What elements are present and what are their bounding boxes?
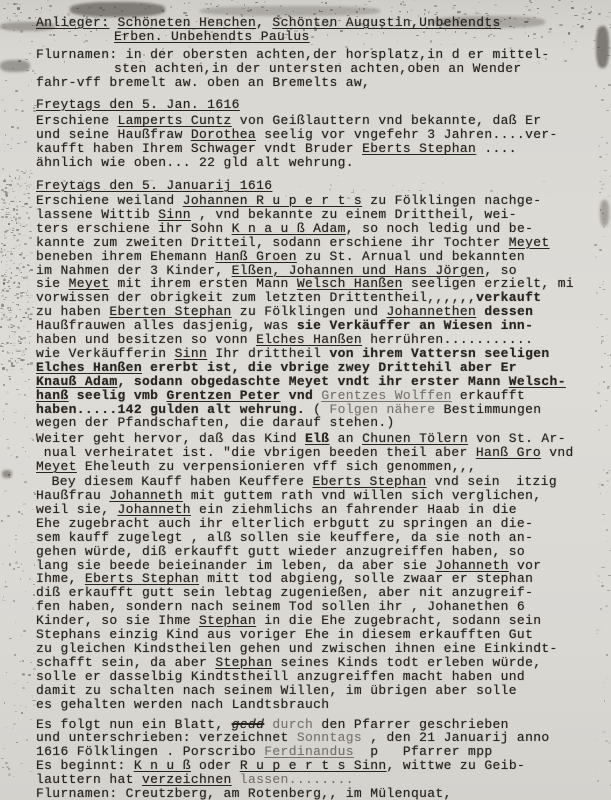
text-segment: solle er dasselbig Kindtstheill anzugrei… [36,669,525,684]
text-segment: seeligen erzielt, mi [403,276,574,291]
underlined-text: verzeichnen [142,772,232,787]
text-segment: schafft sein, da aber [36,655,215,670]
text-line: Ihme, Eberts Stephan mitt tod abgieng, s… [36,572,601,586]
text-segment: seines Kinds todt erleben würde, [272,655,541,670]
text-segment: verkauft [476,290,541,305]
text-segment: ( [313,402,329,417]
text-segment: Es beginnt: [36,758,134,773]
text-segment: vnd [541,445,574,460]
underlined-text: Eberts Stephan [312,474,426,489]
text-segment: Ihme, [36,571,85,586]
text-segment: gehen würde, diß erkaufft gutt wieder an… [36,544,525,559]
text-line: kaufft haben Ihrem Schwager vndt Bruder … [36,142,601,156]
text-segment: , so [484,263,517,278]
text-line: vorwissen der obrigkeit zum letzten Drit… [36,291,601,305]
underlined-text: Elßen, Johannen und Hans Jörgen [232,263,485,278]
underlined-text: Stephan [215,655,272,670]
text-segment: Bey diesem Kauff haben Keuffere [52,474,313,489]
text-segment: vor [509,558,542,573]
text-line: Haußfrau Johanneth mit guttem rath vnd w… [36,489,601,503]
underlined-text: Elches Hanßen [36,360,142,375]
entry-1: Erschiene Lamperts Cuntz von Geißlautter… [36,114,601,170]
text-segment: erkaufft [452,388,525,403]
text-line: Stephans einzig Kind aus voriger Ehe in … [36,628,601,642]
underlined-text: Eberten Stephan [109,304,231,319]
underlined-text: Meyet [36,459,77,474]
text-segment: sem kauff zugelegt , alß sollen sie keuf… [36,530,533,545]
underlined-text: Freytags den 5. Januarij 1616 [36,178,272,193]
entry-2-continued: Weiter geht hervor, daß das Kind Elß an … [36,432,601,474]
text-line: Flurnamen: Creutzberg, am Rotenberg,, im… [36,787,601,800]
text-segment: mit guttem rath vnd willen sich verglich… [183,488,542,503]
underlined-text: Stephan [199,613,256,628]
text-segment: kannte zum zweiten Dritteil, sodann ersc… [36,235,509,250]
text-segment: an [329,431,362,446]
text-segment: fen haben, sondern nach seinem Tod solle… [36,599,525,614]
anlieger-block: Anlieger: Schöneten Henchen, Schönten Au… [36,16,601,44]
text-line: Anlieger: Schöneten Henchen, Schönten Au… [36,16,601,30]
text-line: schafft sein, da aber Stephan seines Kin… [36,656,601,670]
text-segment: sie Verkäuffer an Wiesen inn- [297,318,533,333]
text-segment: oder [191,758,240,773]
text-line: Freytags den 5. Januarij 1616 [36,179,601,193]
text-line: Erben. Unbehendts Paulus [36,30,601,44]
text-segment: zu gleichen Kindstheilen gehen und zwisc… [36,641,558,656]
text-segment: wegen der Pfandschaften, die darauf steh… [36,415,395,430]
underlined-text: Welsch- [509,374,566,389]
underlined-text: R u p e r t s Sinn [240,758,387,773]
text-segment: Es folgt nun ein Blatt, [36,717,232,732]
text-line: weil sie, Johanneth ein ziehmlichs an fa… [36,503,601,517]
underlined-text: Hanß Groen [215,249,297,264]
text-segment: lang sie beede beieinander im leben, da … [36,558,435,573]
text-segment: Ehe zugebracht auch ihr elterlich erbgut… [36,516,533,531]
text-line: Kinder, so sie Ihme Stephan in die Ehe z… [36,614,601,628]
text-line: und unterschrieben: verzeichnet Sonntags… [36,731,601,745]
underlined-text: Freytags den 5. Jan. 1616 [36,97,240,112]
text-segment: , den 21 Januarij anno [362,730,549,745]
text-segment: vnd [281,388,322,403]
text-segment: ein ziehmlichs an fahrender Haab in die [191,502,517,517]
entry-3: Bey diesem Kauff haben Keuffere Eberts S… [36,475,601,711]
text-line: Flurnamen: in der obersten achten,der ho… [36,48,601,62]
text-segment: nual verheiratet ist. "die vbrigen beede… [44,445,476,460]
text-segment: lassene Wittib [36,207,158,222]
underlined-text: Hanß Gro [476,445,541,460]
underlined-text: Johannen R u p e r t s [183,193,362,208]
text-segment: beneben ihrem Ehemann [36,249,215,264]
underlined-text: Schönten Augustin,Unbehendts [272,15,500,30]
text-line: diß erkaufft gutt sein lebtag zugenießen… [36,586,601,600]
text-segment: dessen [484,304,533,319]
text-segment: zu Fölklingen und [232,304,387,319]
text-segment: Flurnamen: Creutzberg, am Rotenberg,, im… [36,786,452,800]
underlined-text: Eberts Stephan [362,141,476,156]
text-line: zu haben Eberten Stephan zu Fölklingen u… [36,305,601,319]
text-line: Elches Hanßen ererbt ist, die vbrige zwe… [36,361,601,375]
text-segment: seelig vor vngefehr 3 Jahren....ver- [256,127,558,142]
text-line: ähnlich wie oben... 22 gld alt wehrung. [36,156,601,170]
text-segment: damit zu schalten nach seinem Willen, im… [36,683,517,698]
text-segment: zu Fölklingen nachge- [362,193,541,208]
text-line: 1616 Fölklingen . Porscribo Ferdinandus … [36,745,601,759]
underlined-text: Grentzen Peter [166,388,280,403]
text-segment: wie Verkäufferin [36,346,175,361]
underlined-text: Welsch Hanßen [297,276,403,291]
text-segment: Haußfrau [36,488,109,503]
text-segment: es gehalten werden nach Landtsbrauch [36,697,329,712]
text-segment: Weiter geht hervor, daß das Kind [36,431,305,446]
text-segment: ähnlich wie oben... 22 gld alt wehrung. [36,155,354,170]
text-line: Ehe zugebracht auch ihr elterlich erbgut… [36,517,601,531]
text-line: lauttern hat verzeichnen lassen........ [36,773,601,787]
text-line: Bey diesem Kauff haben Keuffere Eberts S… [36,475,601,489]
text-segment [109,15,117,30]
text-segment: Erschiene [36,113,118,128]
text-line: lang sie beede beieinander im leben, da … [36,559,601,573]
scan-noise-blob [600,200,609,226]
text-segment: vorwissen der obrigkeit zum letzten Drit… [36,290,476,305]
text-line: Weiter geht hervor, daß das Kind Elß an … [36,432,601,446]
text-segment: lauttern hat [36,772,142,787]
document-page: Anlieger: Schöneten Henchen, Schönten Au… [0,0,611,800]
text-line: lassene Wittib Sinn , vnd bekannte zu ei… [36,208,601,222]
text-line: und seine Haußfraw Dorothea seelig vor v… [36,128,601,142]
entry-2: Erschiene weiland Johannen R u p e r t s… [36,194,601,430]
text-line: gehen würde, diß erkaufft gutt wieder an… [36,545,601,559]
text-segment: mitt tod abgieng, solle zwaar er stephan [199,571,533,586]
text-segment: Flurnamen: in der obersten achten,der ho… [36,47,550,62]
text-line: hanß seelig vmb Grentzen Peter vnd Grent… [36,389,601,403]
underlined-text: K n a u ß Adam [232,221,346,236]
underlined-text: Meyet [509,235,550,250]
text-line: Meyet Eheleuth zu verpensionieren vff si… [36,460,601,474]
underlined-text: Eberts Stephan [85,571,199,586]
underlined-text: Johanneth [435,558,508,573]
text-segment: von ihrem Vattersn seeligen [329,346,549,361]
text-segment: lassen........ [240,772,354,787]
text-line: fen haben, sondern nach seinem Tod solle… [36,600,601,614]
text-segment: Stephans einzig Kind aus voriger Ehe in … [36,627,533,642]
underlined-text: hanß [36,388,69,403]
closing-note: Es folgt nun ein Blatt, gedd durch den P… [36,718,601,800]
text-line: solle er dasselbig Kindtstheill anzugrei… [36,670,601,684]
text-segment: , so noch ledig und be- [346,221,533,236]
text-segment: von Geißlauttern vnd bekannte, daß Er [232,113,542,128]
text-segment: von St. Ar- [468,431,566,446]
text-segment: seelig vmb [69,388,167,403]
text-segment: , wittwe zu Geib- [387,758,526,773]
typewritten-text: Anlieger: Schöneten Henchen, Schönten Au… [36,16,601,800]
scan-noise-blob [2,470,12,478]
underlined-text: Elß [305,431,329,446]
text-segment: haben.....142 gulden alt wehrung. [36,402,313,417]
text-line: zu gleichen Kindstheilen gehen und zwisc… [36,642,601,656]
text-segment: weil sie, [36,502,118,517]
date-heading-1: Freytags den 5. Jan. 1616 [36,98,601,112]
underlined-text: Johanneth [109,488,182,503]
underlined-text: Lamperts Cuntz [118,113,232,128]
text-line: Es beginnt: K n u ß oder R u p e r t s S… [36,759,601,773]
text-line: nual verheiratet ist. "die vbrigen beede… [36,446,601,460]
text-segment: Erschiene weiland [36,193,183,208]
text-line: sten achten,in der untersten achten,oben… [36,62,601,76]
struck-text: gedd [232,717,265,732]
text-line: wie Verkäufferin Sinn Ihr drittheil von … [36,347,601,361]
text-line: Erschiene weiland Johannen R u p e r t s… [36,194,601,208]
underlined-text: Sinn [158,207,191,222]
underlined-text: Anlieger: [36,15,109,30]
text-segment: zu St. Arnual und bekannten [297,249,525,264]
text-segment: sten achten,in der untersten achten,oben… [114,61,522,76]
text-segment: Bestimmungen [444,402,542,417]
text-segment: vnd sein itzig [427,474,557,489]
text-segment: im Nahmen der 3 Kinder, [36,263,232,278]
text-line: ters erschiene ihr Sohn K n a u ß Adam, … [36,222,601,236]
underlined-text: K n u ß [134,758,191,773]
text-line: haben und besitzen so vonn Elches Hanßen… [36,333,601,347]
text-segment: durch [272,717,321,732]
text-segment: Kinder, so sie Ihme [36,613,199,628]
text-segment: in die Ehe zugebracht, sodann sein [256,613,541,628]
underlined-text: Knauß Adam [36,374,118,389]
text-line: haben.....142 gulden alt wehrung. ( Folg… [36,403,601,417]
text-segment: kaufft haben Ihrem Schwager vndt Bruder [36,141,362,156]
text-segment: Haußfrauwen alles dasjenig, was [36,318,297,333]
text-line: Erschiene Lamperts Cuntz von Geißlautter… [36,114,601,128]
text-line: es gehalten werden nach Landtsbrauch [36,698,601,712]
text-segment: p Pfarrer mpp [354,744,493,759]
text-segment [232,772,240,787]
text-line: im Nahmen der 3 Kinder, Elßen, Johannen … [36,264,601,278]
text-line: Es folgt nun ein Blatt, gedd durch den P… [36,718,601,732]
underlined-text: Grentzes Wolffen [321,388,451,403]
text-segment: haben und besitzen so vonn [36,332,256,347]
text-segment: Folgen nähere [329,402,443,417]
text-segment: ererbt ist, die vbrige zwey Drittehil ab… [142,360,517,375]
text-line: wegen der Pfandschaften, die darauf steh… [36,416,601,430]
text-segment: Sonntags [297,730,362,745]
text-segment: herrühren........... [362,332,533,347]
text-segment: Ihr drittheil [207,346,329,361]
text-segment: , vnd bekannte zu einem Drittheil, wei- [191,207,517,222]
text-segment: sie [36,276,69,291]
text-segment: diß erkaufft gutt sein lebtag zugenießen… [36,585,533,600]
text-line: sie Meyet mit ihrem ersten Mann Welsch H… [36,277,601,291]
text-segment: .... [476,141,517,156]
underlined-text: Dorothea [191,127,256,142]
underlined-text: Erben. Unbehendts Paulus [114,29,310,44]
text-segment: 1616 Fölklingen . Porscribo [36,744,264,759]
date-heading-2: Freytags den 5. Januarij 1616 [36,179,601,193]
underlined-text: Meyet [69,276,110,291]
text-segment: ters erschiene ihr Sohn [36,221,232,236]
text-segment: zu haben [36,304,109,319]
underlined-text: Sinn [175,346,208,361]
underlined-text: Schöneten Henchen [118,15,257,30]
text-segment: , [256,15,272,30]
text-line: fahr-vff bremelt aw. oben an Bremelts aw… [36,76,601,90]
text-line: kannte zum zweiten Dritteil, sodann ersc… [36,236,601,250]
text-segment: den Pfarrer geschrieben [321,717,508,732]
underlined-text: Johanneth [118,502,191,517]
text-segment: fahr-vff bremelt aw. oben an Bremelts aw… [36,75,370,90]
text-line: damit zu schalten nach seinem Willen, im… [36,684,601,698]
text-segment: und unterschrieben: verzeichnet [36,730,297,745]
text-line: Freytags den 5. Jan. 1616 [36,98,601,112]
underlined-text: Elches Hanßen [256,332,362,347]
text-segment: Eheleuth zu verpensionieren vff sich gen… [77,459,476,474]
text-segment: , sodann obgedaschte Meyet vndt ihr erst… [118,374,509,389]
underlined-text: Ferdinandus [264,744,354,759]
text-line: sem kauff zugelegt , alß sollen sie keuf… [36,531,601,545]
text-line: beneben ihrem Ehemann Hanß Groen zu St. … [36,250,601,264]
text-segment: und seine Haußfraw [36,127,191,142]
flurnamen-block: Flurnamen: in der obersten achten,der ho… [36,48,601,90]
text-segment: mit ihrem ersten Mann [109,276,296,291]
text-line: Knauß Adam, sodann obgedaschte Meyet vnd… [36,375,601,389]
underlined-text: Chunen Tölern [362,431,468,446]
scan-noise-blob [0,60,30,72]
text-line: Haußfrauwen alles dasjenig, was sie Verk… [36,319,601,333]
underlined-text: Johannethen [387,304,477,319]
